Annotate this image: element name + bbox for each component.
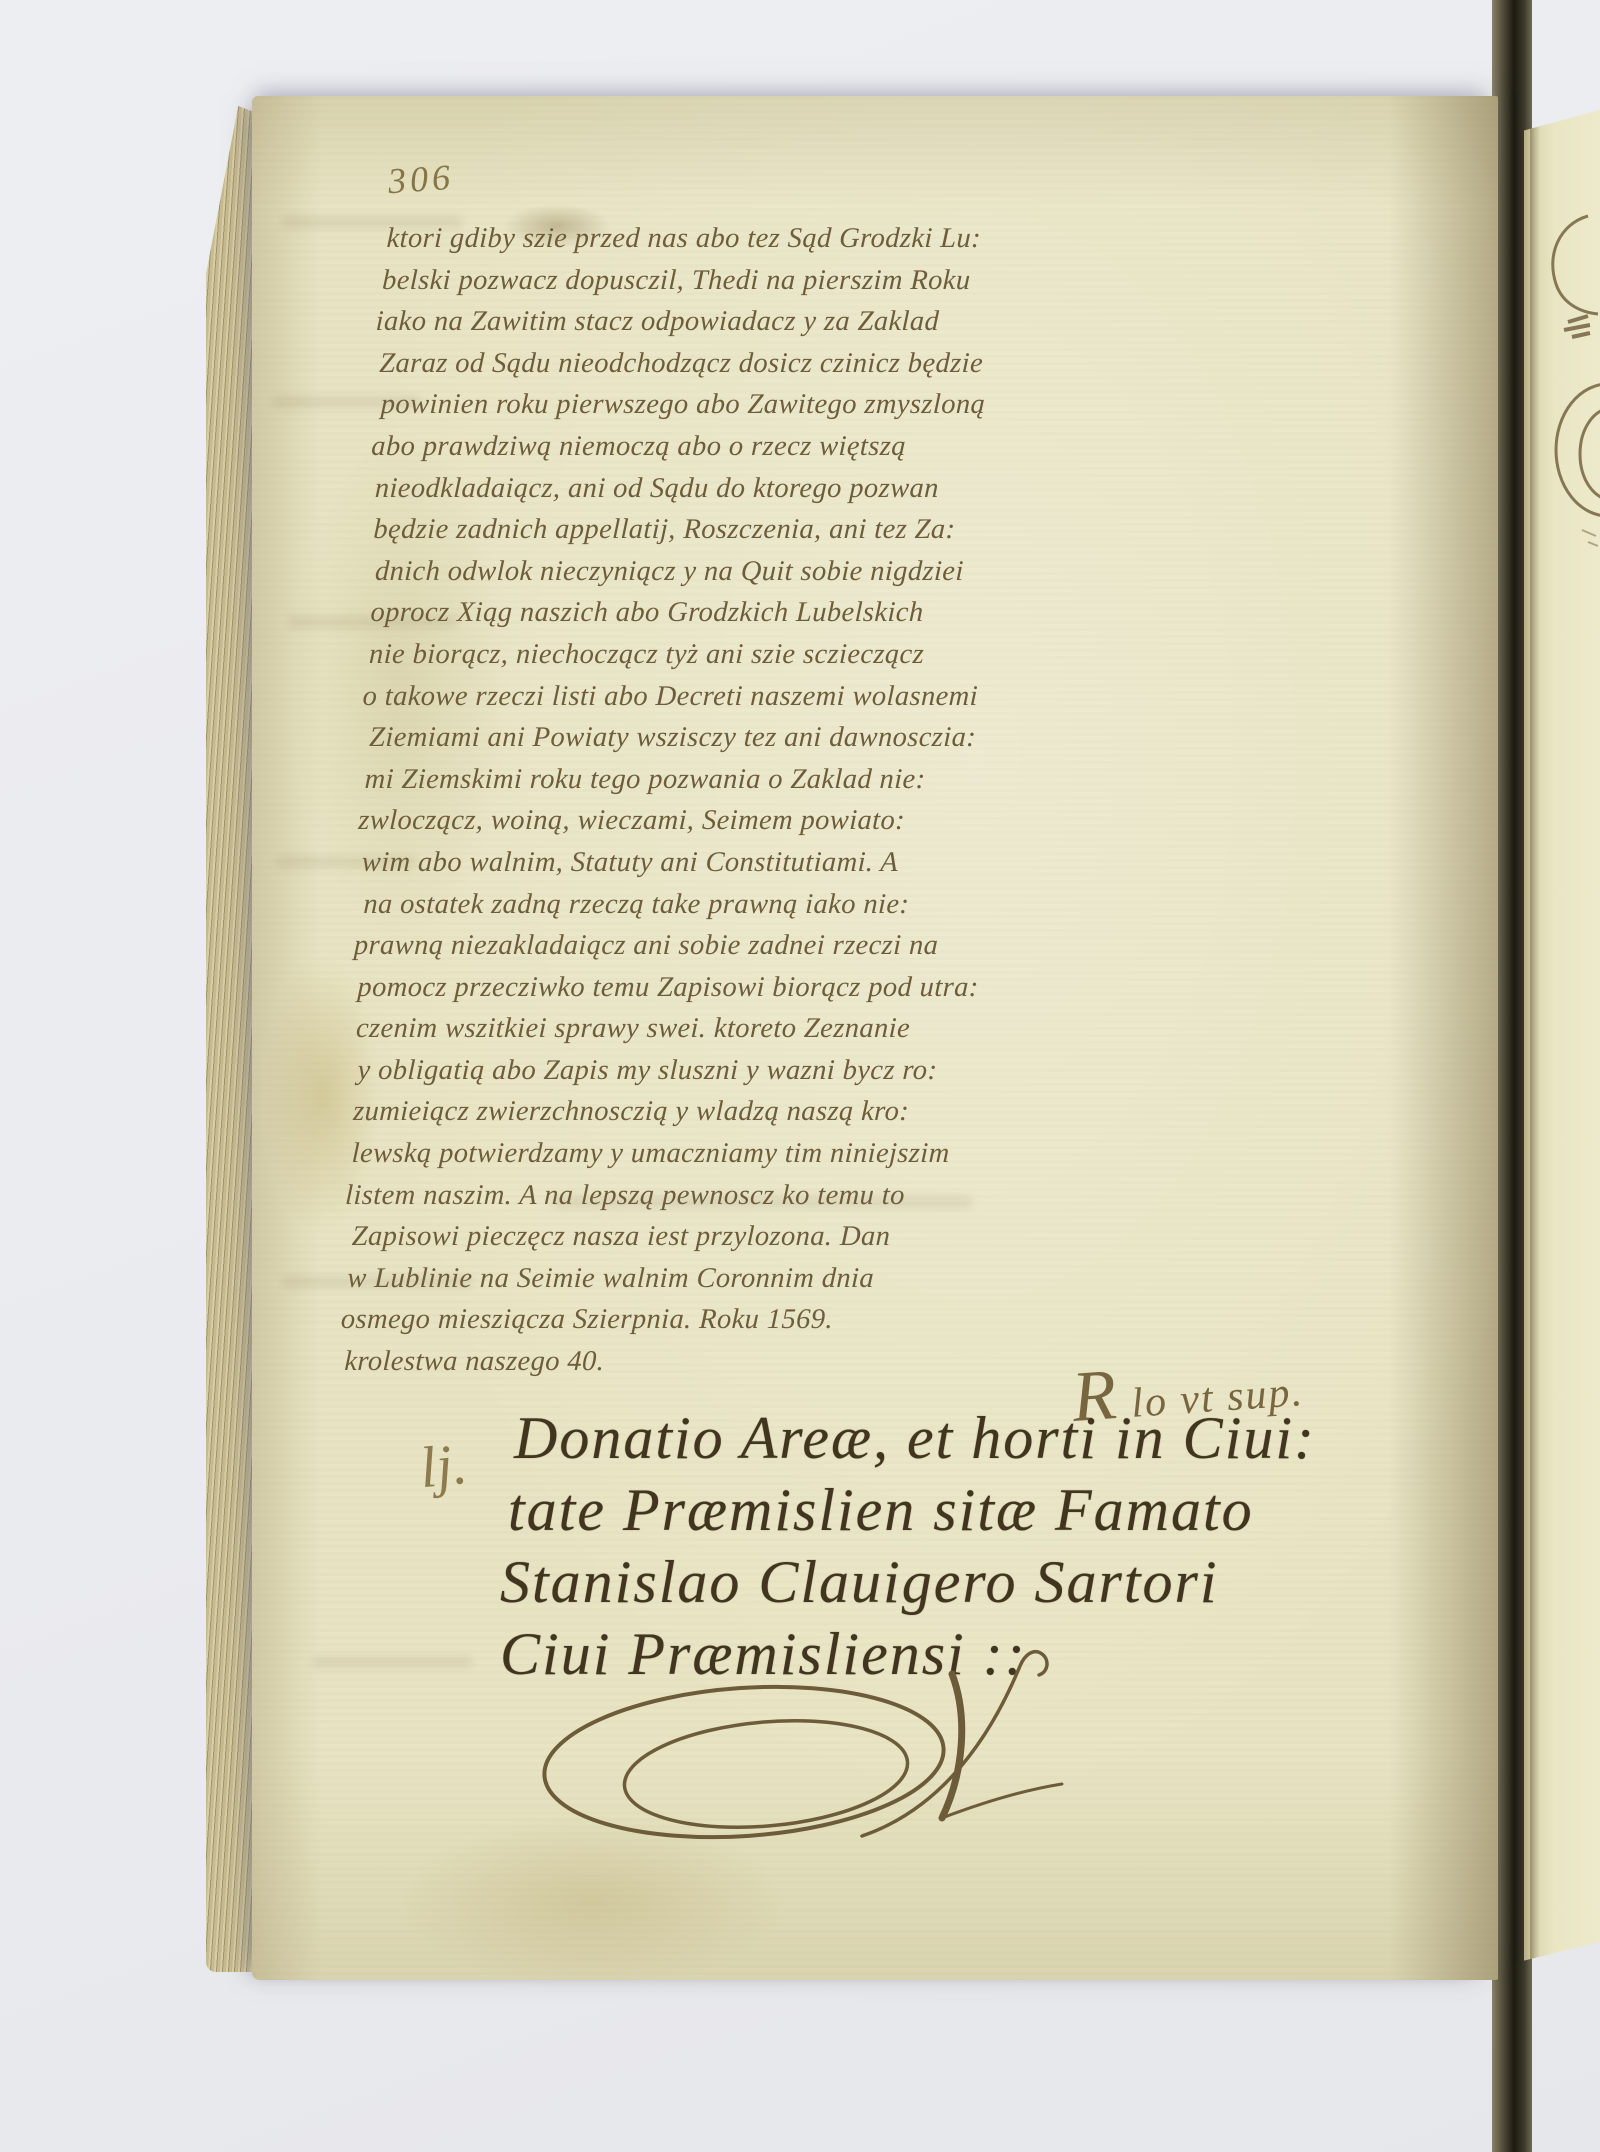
body-line: nieodkladaiącz, ani od Sądu do ktorego p… (374, 468, 1095, 510)
body-line: czenim wszitkiei sprawy swei. ktoreto Ze… (355, 1008, 1076, 1050)
body-line: Ziemiami ani Powiaty wszisczy tez ani da… (368, 717, 1089, 759)
body-line: o takowe rzeczi listi abo Decreti naszem… (362, 676, 1083, 718)
facing-page-ink-marks (1542, 210, 1600, 590)
body-line: y obligatią abo Zapis my sluszni y wazni… (357, 1050, 1078, 1092)
body-line: pomocz przecziwko temu Zapisowi biorącz … (357, 967, 1078, 1009)
body-line: lewską potwierdzamy y umaczniamy tim nin… (351, 1133, 1072, 1175)
facing-page-edge (1524, 110, 1600, 1968)
body-line: krolestwa naszego 40. (344, 1341, 1065, 1383)
page-edge-stack (206, 106, 258, 1972)
calligraphic-flourish (514, 1622, 1074, 1872)
gutter-shadow (1530, 110, 1540, 1968)
body-line: abo prawdziwą niemoczą abo o rzecz więts… (371, 426, 1092, 468)
body-line: w Lublinie na Seimie walnim Coronnim dni… (347, 1258, 1068, 1300)
body-line: wim abo walnim, Statuty ani Constitutiam… (361, 842, 1082, 884)
body-line: oprocz Xiąg naszich abo Grodzkich Lubels… (370, 592, 1091, 634)
body-line: dnich odwlok nieczyniącz y na Quit sobie… (374, 551, 1095, 593)
manuscript-scan: 306 ktori gdiby szie przed nas abo tez S… (0, 0, 1600, 2152)
body-line: listem naszim. A na lepszą pewnoscz ko t… (344, 1175, 1065, 1217)
body-line: belski pozwacz dopusczil, Thedi na piers… (381, 260, 1102, 302)
body-text-block: ktori gdiby szie przed nas abo tez Sąd G… (344, 218, 1105, 1383)
body-line: mi Ziemskimi roku tego pozwania o Zaklad… (364, 759, 1085, 801)
body-line: iako na Zawitim stacz odpowiadacz y za Z… (375, 301, 1096, 343)
body-line: Zaraz od Sądu nieodchodzącz dosicz czini… (379, 343, 1100, 385)
manuscript-page: 306 ktori gdiby szie przed nas abo tez S… (252, 96, 1498, 1980)
heading-line: tate Præmislien sitæ Famato (508, 1474, 1310, 1546)
body-line: na ostatek zadną rzeczą take prawną iako… (363, 884, 1084, 926)
body-line: powinien roku pierwszego abo Zawitego zm… (380, 384, 1101, 426)
body-line: nie biorącz, niechoczącz tyż ani szie sc… (368, 634, 1089, 676)
body-line: prawną niezakladaiącz ani sobie zadnei r… (353, 925, 1074, 967)
body-line: będzie zadnich appellatij, Roszczenia, a… (373, 509, 1094, 551)
body-line: zumieiącz zwierzchnosczią y wladzą naszą… (352, 1091, 1073, 1133)
show-through-mark (312, 1656, 472, 1668)
body-line: Zapisowi pieczęcz nasza iest przylozona.… (351, 1216, 1072, 1258)
body-line: ktori gdiby szie przed nas abo tez Sąd G… (386, 218, 1107, 260)
heading-line: Donatio Areæ, et horti in Ciui: (514, 1402, 1316, 1474)
body-line: zwloczącz, woiną, wieczami, Seimem powia… (358, 800, 1079, 842)
folio-number: 306 (387, 156, 456, 203)
margin-mark: lj. (417, 1430, 470, 1502)
heading-line: Stanislao Clauigero Sartori (500, 1546, 1302, 1618)
body-line: osmego miesziącza Szierpnia. Roku 1569. (340, 1299, 1061, 1341)
